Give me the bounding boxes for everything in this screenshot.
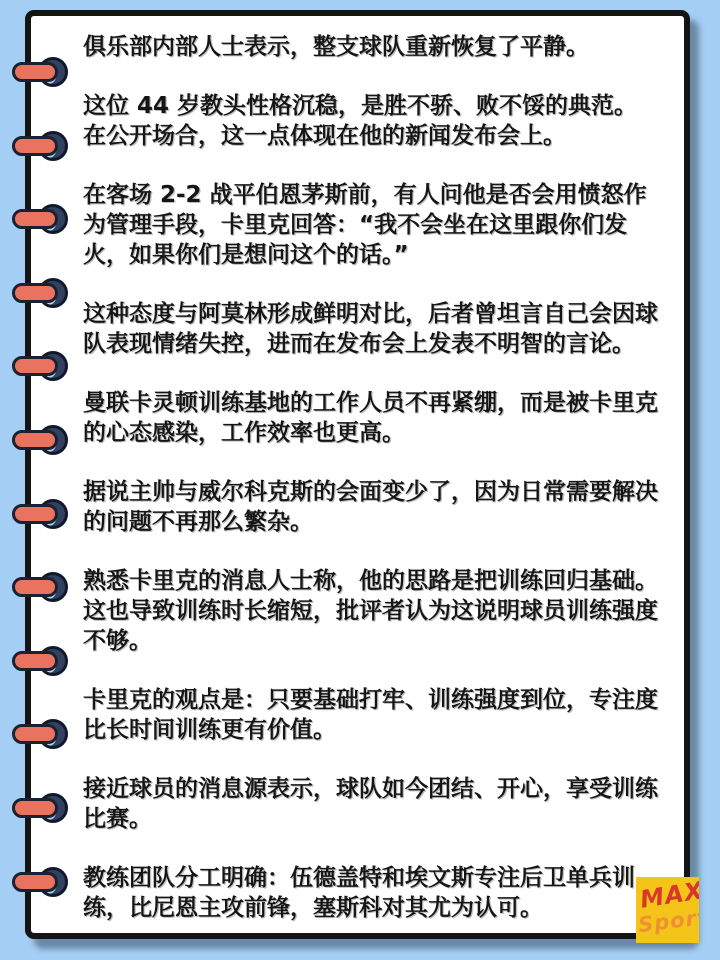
article-paragraph: 这种态度与阿莫林形成鲜明对比，后者曾坦言自己会因球队表现情绪失控，进而在发布会上… — [83, 299, 660, 359]
canvas-background: 俱乐部内部人士表示，整支球队重新恢复了平静。 这位 44 岁教头性格沉稳，是胜不… — [0, 0, 720, 960]
article-paragraph: 曼联卡灵顿训练基地的工作人员不再紧绷，而是被卡里克的心态感染，工作效率也更高。 — [83, 388, 660, 448]
article-paragraph: 熟悉卡里克的消息人士称，他的思路是把训练回归基础。这也导致训练时长缩短，批评者认… — [83, 566, 660, 656]
article-paragraph: 卡里克的观点是：只要基础打牢、训练强度到位，专注度比长时间训练更有价值。 — [83, 685, 660, 745]
article-text-block: 俱乐部内部人士表示，整支球队重新恢复了平静。 这位 44 岁教头性格沉稳，是胜不… — [31, 16, 684, 933]
article-paragraph: 教练团队分工明确：伍德盖特和埃文斯专注后卫单兵训练，比尼恩主攻前锋，塞斯科对其尤… — [83, 863, 660, 923]
article-paragraph: 俱乐部内部人士表示，整支球队重新恢复了平静。 — [83, 32, 660, 62]
max-sport-logo: MAX Sport — [636, 877, 699, 943]
article-paragraph: 接近球员的消息源表示，球队如今团结、开心，享受训练比赛。 — [83, 774, 660, 834]
article-paragraph: 在客场 2-2 战平伯恩茅斯前，有人问他是否会用愤怒作为管理手段，卡里克回答：“… — [83, 180, 660, 270]
article-paragraph: 这位 44 岁教头性格沉稳，是胜不骄、败不馁的典范。在公开场合，这一点体现在他的… — [83, 91, 660, 151]
notebook-page: 俱乐部内部人士表示，整支球队重新恢复了平静。 这位 44 岁教头性格沉稳，是胜不… — [25, 10, 690, 939]
article-paragraph: 据说主帅与威尔科克斯的会面变少了，因为日常需要解决的问题不再那么繁杂。 — [83, 477, 660, 537]
